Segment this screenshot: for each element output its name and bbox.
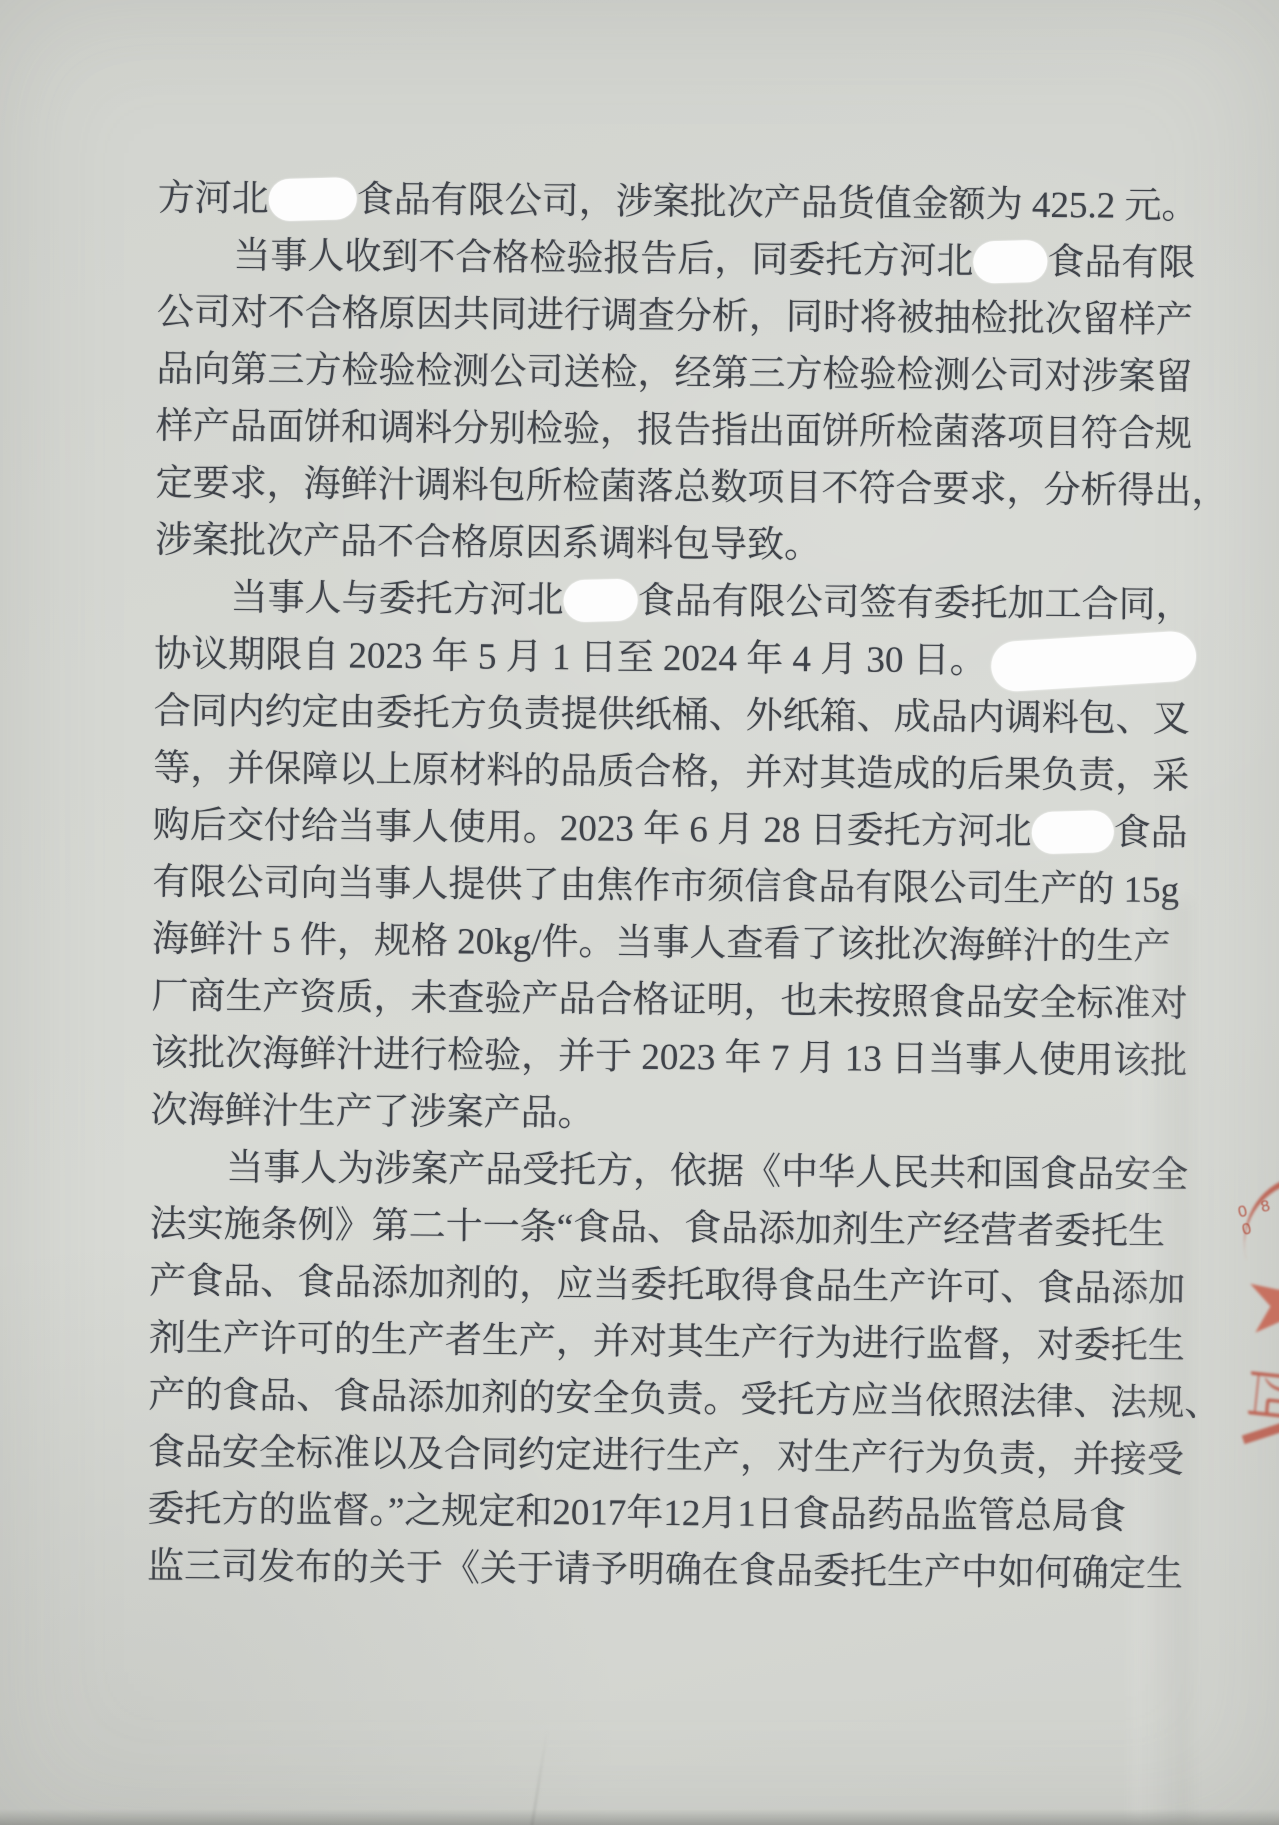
text-line: 该批次海鲜汁进行检验，并于 2023 年 7 月 13 日当事人使用该批 bbox=[151, 1025, 1161, 1090]
text-line: 产的食品、食品添加剂的安全负责。受托方应当依照法律、法规、 bbox=[148, 1367, 1158, 1432]
text-segment: 定要求，海鲜汁调料包所检菌落总数项目不符合要求，分析得出， bbox=[155, 463, 1228, 512]
text-segment: 品向第三方检验检测公司送检，经第三方检验检测公司对涉案留 bbox=[156, 349, 1192, 398]
redaction-mark bbox=[268, 177, 357, 221]
text-segment: 有限公司向当事人提供了由焦作市须信食品有限公司生产的 15g bbox=[152, 862, 1179, 911]
text-line: 监三司发布的关于《关于请予明确在食品委托生产中如何确定生 bbox=[147, 1538, 1157, 1603]
text-segment: 委托方的监督。”之规定和2017年12月1日食品药品监管总局食 bbox=[147, 1489, 1126, 1538]
text-segment: 产食品、食品添加剂的，应当委托取得食品生产许可、食品添加 bbox=[149, 1261, 1185, 1310]
text-segment: 当事人为涉案产品受托方，依据《中华人民共和国食品安全 bbox=[226, 1148, 1188, 1197]
text-line: 当事人与委托方河北食品有限公司签有委托加工合同， bbox=[154, 569, 1164, 634]
text-line: 样产品面饼和调料分别检验，报告指出面饼所检菌落项目符合规 bbox=[156, 398, 1166, 463]
text-segment: 公司对不合格原因共同进行调查分析，同时将被抽检批次留样产 bbox=[157, 292, 1193, 341]
seal-stroke-bar bbox=[1242, 1421, 1279, 1444]
text-segment: 样产品面饼和调料分别检验，报告指出面饼所检菌落项目符合规 bbox=[156, 406, 1192, 455]
text-line: 当事人收到不合格检验报告后，同委托方河北食品有限 bbox=[157, 227, 1167, 292]
scanned-document-page: 方河北食品有限公司，涉案批次产品货值金额为 425.2 元。当事人收到不合格检验… bbox=[0, 0, 1279, 1825]
text-line: 方河北食品有限公司，涉案批次产品货值金额为 425.2 元。 bbox=[158, 170, 1168, 235]
text-segment: 次海鲜汁生产了涉案产品。 bbox=[150, 1090, 594, 1134]
document-body: 方河北食品有限公司，涉案批次产品货值金额为 425.2 元。当事人收到不合格检验… bbox=[147, 170, 1168, 1603]
text-segment: 等，并保障以上原材料的品质合格，并对其造成的后果负责，采 bbox=[153, 748, 1189, 797]
text-line: 产食品、食品添加剂的，应当委托取得食品生产许可、食品添加 bbox=[149, 1253, 1159, 1318]
redaction-mark bbox=[973, 240, 1048, 284]
text-segment: 当事人收到不合格检验报告后，同委托方河北 bbox=[233, 236, 973, 283]
text-line: 海鲜汁 5 件，规格 20kg/件。当事人查看了该批次海鲜汁的生产 bbox=[152, 911, 1162, 976]
paper-fold-shading bbox=[1130, 900, 1190, 1825]
text-segment: 法实施条例》第二十一条“食品、食品添加剂生产经营者委托生 bbox=[150, 1204, 1166, 1253]
text-line: 委托方的监督。”之规定和2017年12月1日食品药品监管总局食 bbox=[147, 1481, 1157, 1546]
text-line: 公司对不合格原因共同进行调查分析，同时将被抽检批次留样产 bbox=[157, 284, 1167, 349]
text-segment: 剂生产许可的生产者生产，并对其生产行为进行监督，对委托生 bbox=[149, 1318, 1185, 1367]
text-segment: 食品 bbox=[1113, 813, 1187, 855]
text-line: 当事人为涉案产品受托方，依据《中华人民共和国食品安全 bbox=[150, 1139, 1160, 1204]
page-bottom-shadow bbox=[0, 1809, 1279, 1825]
redaction-mark bbox=[1031, 810, 1114, 854]
text-segment: 厂商生产资质，未查验产品合格证明，也未按照食品安全标准对 bbox=[151, 976, 1187, 1025]
text-segment: 当事人与委托方河北 bbox=[230, 578, 563, 622]
text-line: 定要求，海鲜汁调料包所检菌落总数项目不符合要求，分析得出， bbox=[155, 455, 1165, 520]
text-line: 厂商生产资质，未查验产品合格证明，也未按照食品安全标准对 bbox=[151, 968, 1161, 1033]
text-segment: 涉案批次产品不合格原因系调料包导致。 bbox=[155, 520, 821, 566]
text-segment: 购后交付给当事人使用。2023 年 6 月 28 日委托方河北 bbox=[153, 805, 1032, 853]
text-line: 食品安全标准以及合同约定进行生产，对生产行为负责，并接受 bbox=[148, 1424, 1158, 1489]
text-line: 等，并保障以上原材料的品质合格，并对其造成的后果负责，采 bbox=[153, 740, 1163, 805]
text-segment: 监三司发布的关于《关于请予明确在食品委托生产中如何确定生 bbox=[147, 1546, 1183, 1595]
seal-character-fragment: 四 bbox=[1241, 1365, 1279, 1424]
text-segment: 食品有限公司签有委托加工合同， bbox=[637, 581, 1192, 626]
text-segment: 食品安全标准以及合同约定进行生产，对生产行为负责，并接受 bbox=[148, 1432, 1184, 1481]
text-segment: 产的食品、食品添加剂的安全负责。受托方应当依照法律、法规、 bbox=[148, 1375, 1221, 1424]
text-line: 法实施条例》第二十一条“食品、食品添加剂生产经营者委托生 bbox=[149, 1196, 1159, 1261]
text-line: 协议期限自 2023 年 5 月 1 日至 2024 年 4 月 30 日。 bbox=[154, 626, 1164, 691]
text-line: 购后交付给当事人使用。2023 年 6 月 28 日委托方河北食品 bbox=[153, 797, 1163, 862]
text-segment: 海鲜汁 5 件，规格 20kg/件。当事人查看了该批次海鲜汁的生产 bbox=[152, 919, 1171, 968]
text-line: 品向第三方检验检测公司送检，经第三方检验检测公司对涉案留 bbox=[156, 341, 1166, 406]
text-segment: 该批次海鲜汁进行检验，并于 2023 年 7 月 13 日当事人使用该批 bbox=[151, 1033, 1187, 1082]
text-line: 有限公司向当事人提供了由焦作市须信食品有限公司生产的 15g bbox=[152, 854, 1162, 919]
seal-star-icon: ★ bbox=[1230, 1243, 1279, 1364]
redaction-mark bbox=[563, 578, 638, 622]
text-line: 涉案批次产品不合格原因系调料包导致。 bbox=[155, 512, 1165, 577]
text-segment: 食品有限 bbox=[1047, 242, 1195, 284]
text-line: 合同内约定由委托方负责提供纸桶、外纸箱、成品内调料包、叉 bbox=[154, 683, 1164, 748]
seal-number: 0 8 0 bbox=[1236, 1196, 1279, 1240]
redaction-mark bbox=[989, 630, 1197, 693]
text-segment: 协议期限自 2023 年 5 月 1 日至 2024 年 4 月 30 日。 bbox=[154, 634, 987, 682]
text-segment: 食品有限公司，涉案批次产品货值金额为 425.2 元。 bbox=[357, 180, 1199, 228]
text-segment: 合同内约定由委托方负责提供纸桶、外纸箱、成品内调料包、叉 bbox=[154, 691, 1190, 740]
text-segment: 方河北 bbox=[158, 178, 269, 220]
text-line: 剂生产许可的生产者生产，并对其生产行为进行监督，对委托生 bbox=[149, 1310, 1159, 1375]
text-line: 次海鲜汁生产了涉案产品。 bbox=[150, 1082, 1160, 1147]
